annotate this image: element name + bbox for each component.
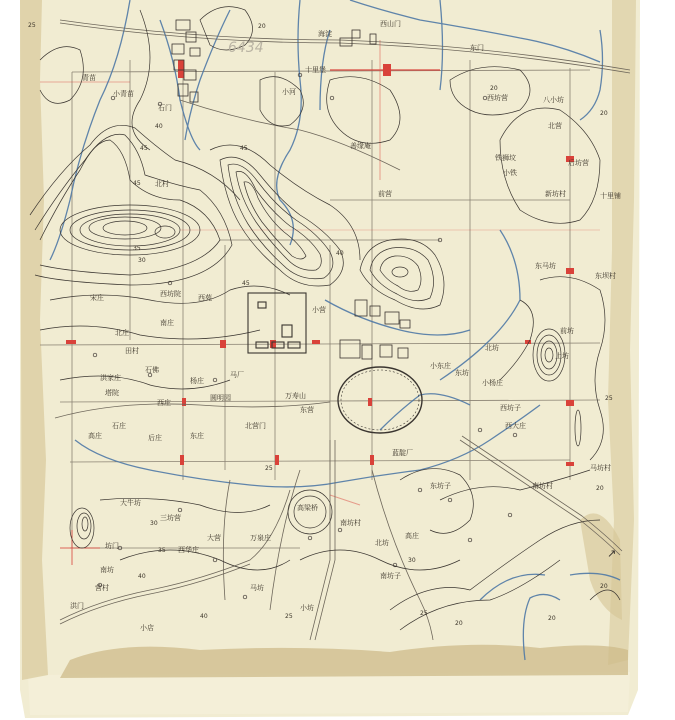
place-label: 洪门 <box>70 601 84 610</box>
svg-text:45: 45 <box>240 145 248 152</box>
place-label: 马坊村 <box>590 463 611 472</box>
svg-text:30: 30 <box>408 557 416 564</box>
place-label: 南坊子 <box>380 571 401 580</box>
place-label: 西华庄 <box>178 545 199 554</box>
place-label: 高庄 <box>405 531 419 540</box>
place-label: 前营 <box>378 189 392 198</box>
svg-text:40: 40 <box>200 613 208 620</box>
svg-text:20: 20 <box>455 620 463 627</box>
svg-text:45: 45 <box>133 180 141 187</box>
svg-text:20: 20 <box>258 23 266 30</box>
place-label: 北坊 <box>375 538 389 547</box>
place-label: 马坊 <box>250 583 264 592</box>
place-label: 前坊 <box>560 326 574 335</box>
place-label: 小店 <box>140 623 154 632</box>
bottom-water-stain <box>60 645 628 678</box>
place-label: 西庄 <box>157 398 171 407</box>
place-label: 石庄 <box>112 421 126 430</box>
place-label: 十里堡 <box>305 65 326 74</box>
place-label: 圆明园 <box>210 393 231 402</box>
place-label: 铁狮坟 <box>495 153 516 162</box>
place-label: 青苗 <box>82 73 96 82</box>
place-label: 万寿山 <box>285 391 306 400</box>
svg-text:25: 25 <box>285 613 293 620</box>
place-label: 小坊 <box>300 603 314 612</box>
place-label: 石佛 <box>145 365 159 374</box>
place-label: 蓝靛厂 <box>392 448 413 457</box>
svg-text:20: 20 <box>600 110 608 117</box>
place-label: 万泉庄 <box>250 533 271 542</box>
place-label: 东庄 <box>190 431 204 440</box>
place-label: 后庄 <box>148 433 162 442</box>
place-label: 南坊村 <box>340 518 361 527</box>
svg-text:35: 35 <box>133 245 141 252</box>
place-label: 八小坊 <box>543 95 564 104</box>
place-label: 东营 <box>300 405 314 414</box>
place-label: 南庄 <box>160 318 174 327</box>
place-label: 上坊 <box>555 351 569 360</box>
place-label: 北庄 <box>115 328 129 337</box>
place-label: 东马坊 <box>535 261 556 270</box>
svg-text:20: 20 <box>596 485 604 492</box>
place-label: 新坊村 <box>545 189 566 198</box>
svg-text:30: 30 <box>138 257 146 264</box>
place-label: 杨庄 <box>190 376 204 385</box>
svg-text:40: 40 <box>138 573 146 580</box>
place-label: 西大庄 <box>505 421 526 430</box>
place-label: 宋庄 <box>90 293 104 302</box>
place-label: 西坊院 <box>160 289 181 298</box>
place-label: 石门 <box>158 103 172 112</box>
place-label: 东坝村 <box>595 271 616 280</box>
place-label: 北营门 <box>245 421 266 430</box>
place-label: 东坊子 <box>430 481 451 490</box>
place-label: 小铁 <box>503 168 517 177</box>
sheet-number: 6434 <box>228 40 264 56</box>
place-label: 大营 <box>207 533 221 542</box>
place-label: 洪家庄 <box>100 373 121 382</box>
place-label: 小杨庄 <box>482 378 503 387</box>
map-sheet: 6434 20 40 45 45 35 30 45 45 40 25 30 35… <box>0 0 675 720</box>
svg-text:20: 20 <box>548 615 556 622</box>
place-label: 北坊 <box>485 343 499 352</box>
place-label: 高梁桥 <box>297 503 318 512</box>
svg-text:35: 35 <box>158 547 166 554</box>
svg-text:45: 45 <box>140 145 148 152</box>
place-label: 北村 <box>155 179 169 188</box>
place-label: 小河 <box>282 87 296 96</box>
place-label: 西坊子 <box>500 403 521 412</box>
place-label: 高庄 <box>88 431 102 440</box>
svg-text:30: 30 <box>150 520 158 527</box>
place-label: 小东庄 <box>430 361 451 370</box>
place-label: 善缘庵 <box>350 141 371 150</box>
place-label: 小青苗 <box>113 89 134 98</box>
place-label: 坊门 <box>105 541 119 550</box>
svg-text:40: 40 <box>336 250 344 257</box>
place-label: 大牛坊 <box>120 498 141 507</box>
place-label: 塔院 <box>105 388 119 397</box>
svg-text:45: 45 <box>242 280 250 287</box>
place-label: 三坊营 <box>160 513 181 522</box>
place-label: 东门 <box>470 43 484 52</box>
place-label: 小营 <box>312 305 326 314</box>
place-label: 南坊村 <box>532 481 553 490</box>
place-label: 海淀 <box>318 29 332 38</box>
place-label: 十里铺 <box>600 191 621 200</box>
svg-text:40: 40 <box>155 123 163 130</box>
svg-text:25: 25 <box>420 610 428 617</box>
place-label: 东坊 <box>455 368 469 377</box>
svg-text:25: 25 <box>265 465 273 472</box>
place-label: 南坊 <box>100 565 114 574</box>
north-arrow-icon: ↗ <box>607 547 616 560</box>
svg-text:20: 20 <box>600 583 608 590</box>
place-label: 西山门 <box>380 19 401 28</box>
place-label: 西苑 <box>198 293 212 302</box>
place-label: 马厂 <box>230 370 244 379</box>
place-label: 田村 <box>125 346 139 355</box>
place-label: 后坊营 <box>568 158 589 167</box>
svg-text:25: 25 <box>28 22 36 29</box>
place-label: 北营 <box>548 121 562 130</box>
svg-text:20: 20 <box>490 85 498 92</box>
place-label: 西坊营 <box>487 93 508 102</box>
svg-text:25: 25 <box>605 395 613 402</box>
